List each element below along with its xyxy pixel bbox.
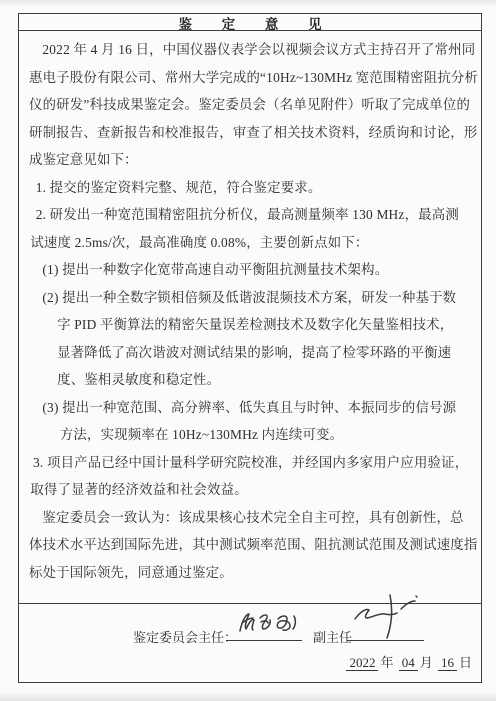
text-line: 体技术水平达到国际先进，其中测试频率范围、阻抗测试范围及测试速度指 [29, 531, 479, 559]
date-year: 2022 [346, 655, 378, 671]
text-line: 标处于国际领先，同意通过鉴定。 [29, 559, 479, 587]
title-divider [19, 30, 481, 31]
date-line: 2022年 04月 16日 [346, 652, 474, 671]
date-month: 04 [399, 655, 418, 671]
chairman-signature-handwriting [236, 609, 302, 637]
date-month-unit: 月 [418, 655, 435, 670]
chairman-signature-line [226, 640, 302, 641]
text-line: 试速度 2.5ms/次，最高准确度 0.08%，主要创新点如下： [29, 229, 479, 257]
vice-chairman-label: 副主任 [313, 627, 352, 646]
text-line: 3. 项目产品已经中国计量科学研究院校准，并经国内多家用户应用验证， [29, 449, 479, 477]
date-day-unit: 日 [457, 655, 474, 670]
text-line: 取得了显著的经济效益和社会效益。 [29, 476, 479, 504]
text-line: (2) 提出一种全数字锁相倍频及低谐波混频技术方案，研发一种基于数 [29, 284, 479, 312]
text-line: 研制报告、查新报告和校准报告，审查了相关技术资料，经质询和讨论，形 [29, 119, 479, 147]
vice-chairman-signature-line [347, 640, 424, 641]
text-line: 2022 年 4 月 16 日，中国仪器仪表学会以视频会议方式主持召开了常州同 [29, 36, 479, 64]
opinion-body: 2022 年 4 月 16 日，中国仪器仪表学会以视频会议方式主持召开了常州同惠… [29, 36, 479, 586]
text-line: (1) 提出一种数字化宽带高速自动平衡阻抗测量技术架构。 [29, 256, 479, 284]
text-line: 2. 研发出一种宽范围精密阻抗分析仪，最高测量频率 130 MHz，最高测 [29, 201, 479, 229]
text-line: 字 PID 平衡算法的精密矢量误差检测技术及数字化矢量鉴相技术， [29, 311, 479, 339]
scanned-appraisal-document: { "page": { "title": "鉴定意见", "paper_colo… [0, 0, 496, 701]
scan-edge-bottom [0, 691, 496, 701]
text-line: 方法，实现频率在 10Hz~130MHz 内连续可变。 [29, 421, 479, 449]
text-line: 鉴定委员会一致认为：该成果核心技术完全自主可控，具有创新性，总 [29, 504, 479, 532]
text-line: (3) 提出一种宽范围、高分辨率、低失真且与时钟、本振同步的信号源 [29, 394, 479, 422]
text-line: 成鉴定意见如下： [29, 146, 479, 174]
vice-chairman-signature-handwriting [351, 589, 421, 641]
text-line: 惠电子股份有限公司、常州大学完成的“10Hz~130MHz 宽范围精密阻抗分析 [29, 64, 479, 92]
text-line: 显著降低了高次谐波对测试结果的影响，提高了检零环路的平衡速 [29, 339, 479, 367]
text-line: 度、鉴相灵敏度和稳定性。 [29, 366, 479, 394]
text-line: 仪的研发”科技成果鉴定会。鉴定委员会（名单见附件）听取了完成单位的 [29, 91, 479, 119]
date-day: 16 [438, 655, 457, 671]
chairman-label: 鉴定委员会主任： [133, 627, 237, 646]
title-row: 鉴定意见 [18, 14, 482, 31]
date-year-unit: 年 [378, 655, 395, 670]
text-line: 1. 提交的鉴定资料完整、规范，符合鉴定要求。 [29, 174, 479, 202]
scan-edge-top [0, 0, 496, 7]
